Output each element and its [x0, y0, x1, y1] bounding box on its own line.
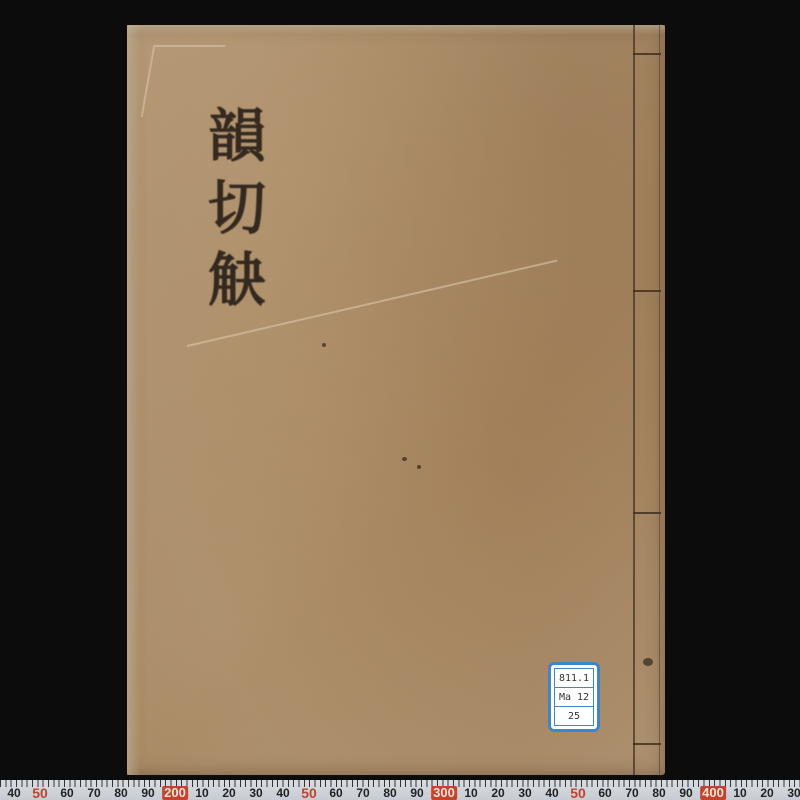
ruler-label: 30: [787, 786, 800, 800]
binding-stitch: [633, 290, 661, 292]
call-number-line-2: Ma 12: [554, 688, 594, 707]
ruler-label: 300: [431, 786, 457, 800]
ruler-label: 200: [162, 786, 188, 800]
ruler-label: 40: [7, 786, 20, 800]
ruler-label: 40: [276, 786, 289, 800]
handwritten-title: 韻切觖: [187, 105, 277, 321]
ink-spot: [643, 658, 653, 666]
ruler-label: 70: [625, 786, 638, 800]
ruler-label: 20: [760, 786, 773, 800]
spine-fold-line: [633, 25, 635, 775]
spine-edge-line: [659, 25, 660, 775]
ruler-label: 50: [570, 786, 586, 800]
ruler-label: 10: [464, 786, 477, 800]
ruler-label: 90: [679, 786, 692, 800]
ruler-label: 80: [114, 786, 127, 800]
ruler-label: 10: [195, 786, 208, 800]
ink-spot: [402, 457, 407, 461]
binding-stitch: [633, 743, 661, 745]
ruler-label: 60: [60, 786, 73, 800]
ruler-label: 400: [700, 786, 726, 800]
ruler-label: 50: [32, 786, 48, 800]
ink-spot: [417, 465, 421, 469]
binding-stitch: [633, 512, 661, 514]
ruler-label: 40: [545, 786, 558, 800]
ink-spot: [322, 343, 326, 347]
ruler-label: 70: [356, 786, 369, 800]
ruler-label: 60: [329, 786, 342, 800]
ruler-label: 30: [249, 786, 262, 800]
ruler-label: 60: [598, 786, 611, 800]
call-number-line-3: 25: [554, 707, 594, 726]
book-top-edge: [127, 25, 665, 35]
binding-stitch: [633, 53, 661, 55]
ruler-label: 20: [222, 786, 235, 800]
call-number-label: 811.1 Ma 12 25: [548, 662, 600, 732]
call-number-line-1: 811.1: [554, 668, 594, 688]
ruler-label: 10: [733, 786, 746, 800]
ruler-label: 30: [518, 786, 531, 800]
ruler-label: 80: [383, 786, 396, 800]
ruler-label: 50: [301, 786, 317, 800]
measuring-ruler: 4050607080902001020304050607080903001020…: [0, 780, 800, 800]
ruler-label: 80: [652, 786, 665, 800]
book-left-edge: [127, 25, 141, 775]
ruler-label: 90: [141, 786, 154, 800]
ruler-label: 90: [410, 786, 423, 800]
ruler-label: 70: [87, 786, 100, 800]
ruler-label: 20: [491, 786, 504, 800]
